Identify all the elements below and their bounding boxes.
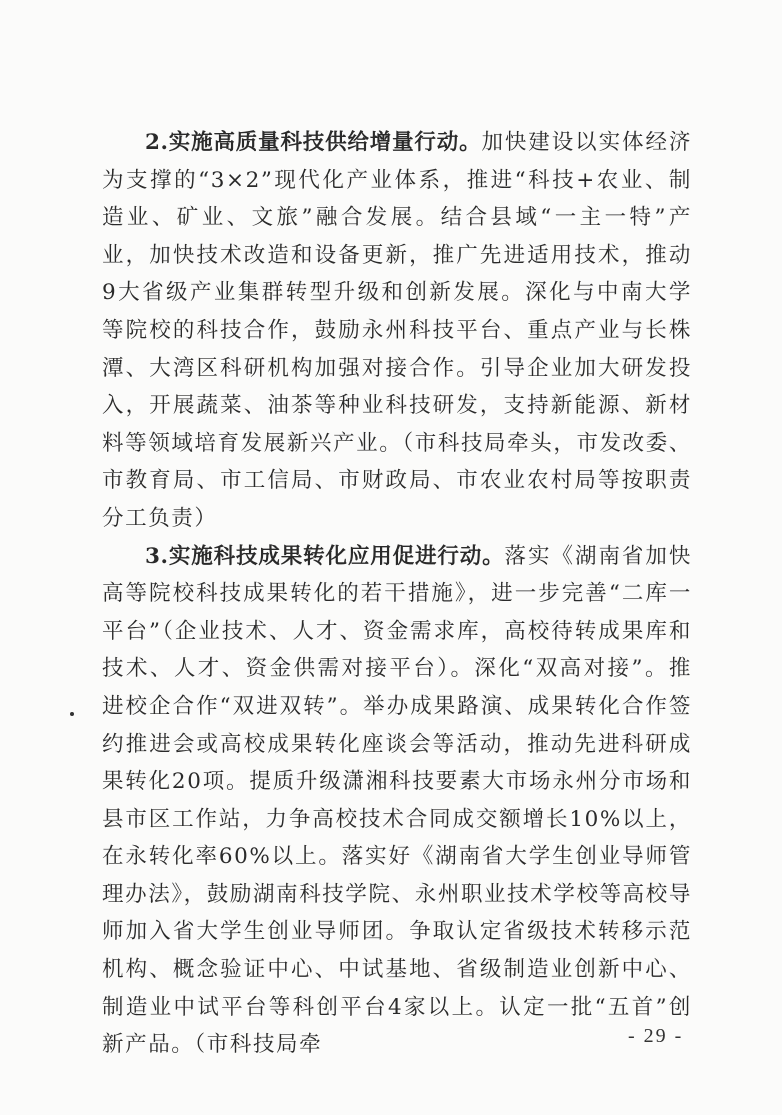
paragraph-3: 3.实施科技成果转化应用促进行动。落实《湖南省加快高等院校科技成果转化的若干措施… — [102, 538, 692, 1064]
paragraph-text: 加快建设以实体经济为支撑的“3×2”现代化产业体系，推进“科技+农业、制造业、矿… — [102, 130, 692, 531]
paragraph-2: 2.实施高质量科技供给增量行动。加快建设以实体经济为支撑的“3×2”现代化产业体… — [102, 124, 692, 538]
scan-dot-mark — [70, 712, 74, 716]
paragraph-text: 落实《湖南省加快高等院校科技成果转化的若干措施》，进一步完善“二库一平台”（企业… — [102, 544, 692, 1058]
document-body: 2.实施高质量科技供给增量行动。加快建设以实体经济为支撑的“3×2”现代化产业体… — [102, 124, 692, 1064]
page-number: - 29 - — [628, 1025, 683, 1048]
paragraph-heading: 2.实施高质量科技供给增量行动。 — [145, 130, 481, 155]
paragraph-heading: 3.实施科技成果转化应用促进行动。 — [145, 544, 505, 569]
